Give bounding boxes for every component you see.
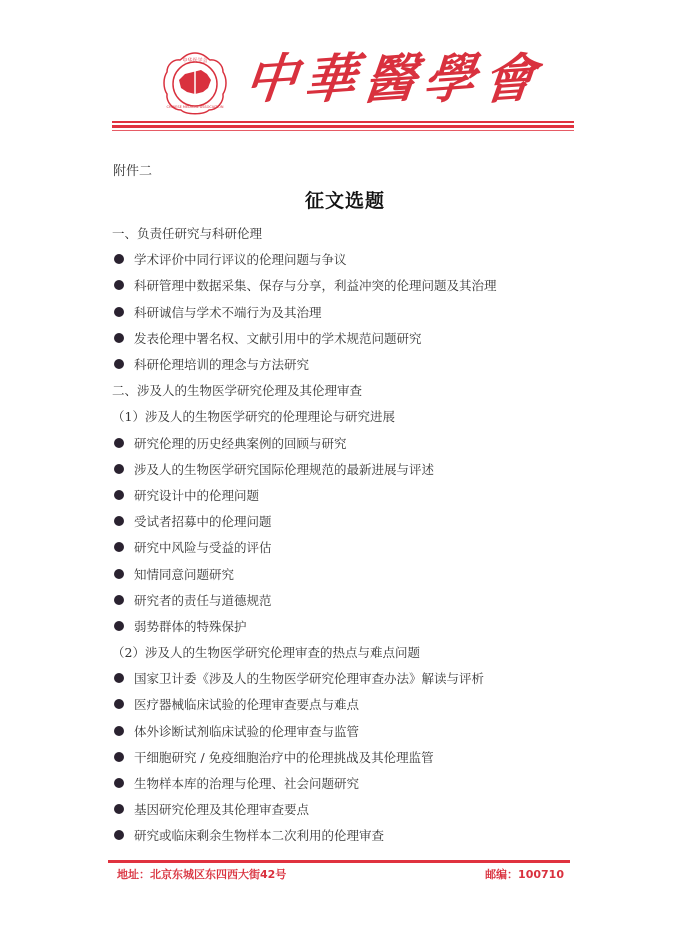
section-heading: 二、涉及人的生物医学研究伦理及其伦理审查 [112, 377, 582, 403]
line-text: 涉及人的生物医学研究国际伦理规范的最新进展与评述 [134, 460, 434, 478]
line-text: 一、负责任研究与科研伦理 [112, 224, 262, 242]
page-title: 征文选题 [0, 186, 680, 213]
line-text: 研究者的责任与道德规范 [134, 591, 272, 609]
bullet-icon [114, 804, 124, 814]
list-item: 科研管理中数据采集、保存与分享，利益冲突的伦理问题及其治理 [112, 272, 582, 298]
bullet-icon [114, 595, 124, 605]
list-item: 研究伦理的历史经典案例的回顾与研究 [112, 430, 582, 456]
org-char: 中 [242, 52, 300, 108]
list-item: 生物样本库的治理与伦理、社会问题研究 [112, 770, 582, 796]
line-text: 知情同意问题研究 [134, 565, 234, 583]
svg-text:CHINESE MEDICAL ASSOCIATION: CHINESE MEDICAL ASSOCIATION [166, 105, 223, 109]
line-text: 二、涉及人的生物医学研究伦理及其伦理审查 [112, 381, 362, 399]
header-divider [112, 125, 574, 128]
line-text: 弱势群体的特殊保护 [134, 617, 247, 635]
org-char: 華 [301, 52, 359, 108]
line-text: 发表伦理中署名权、文献引用中的学术规范问题研究 [134, 329, 422, 347]
line-text: 学术评价中同行评议的伦理问题与争议 [134, 250, 347, 268]
organization-name: 中 華 醫 學 會 [245, 44, 535, 116]
line-text: 体外诊断试剂临床试验的伦理审查与监管 [134, 722, 359, 740]
association-logo-icon: 中华医学会 CHINESE MEDICAL ASSOCIATION [161, 50, 229, 118]
letterhead: 中华医学会 CHINESE MEDICAL ASSOCIATION 中 華 醫 … [0, 0, 680, 140]
bullet-icon [114, 673, 124, 683]
list-item: 研究或临床剩余生物样本二次利用的伦理审查 [112, 822, 582, 848]
org-char: 學 [420, 52, 478, 108]
bullet-icon [114, 542, 124, 552]
line-text: 科研诚信与学术不端行为及其治理 [134, 303, 322, 321]
section-heading: 一、负责任研究与科研伦理 [112, 220, 582, 246]
list-item: 基因研究伦理及其伦理审查要点 [112, 796, 582, 822]
bullet-icon [114, 490, 124, 500]
line-text: 受试者招募中的伦理问题 [134, 512, 272, 530]
list-item: 研究中风险与受益的评估 [112, 534, 582, 560]
org-char: 醫 [361, 52, 419, 108]
line-text: 科研伦理培训的理念与方法研究 [134, 355, 309, 373]
header-divider [112, 130, 574, 131]
subsection-heading: （1）涉及人的生物医学研究的伦理理论与研究进展 [112, 403, 582, 429]
line-text: 干细胞研究 / 免疫细胞治疗中的伦理挑战及其伦理监管 [134, 748, 434, 766]
bullet-icon [114, 516, 124, 526]
bullet-icon [114, 830, 124, 840]
bullet-icon [114, 621, 124, 631]
line-text: （1）涉及人的生物医学研究的伦理理论与研究进展 [112, 407, 395, 425]
line-text: 研究中风险与受益的评估 [134, 538, 272, 556]
line-text: （2）涉及人的生物医学研究伦理审查的热点与难点问题 [112, 643, 420, 661]
list-item: 科研诚信与学术不端行为及其治理 [112, 299, 582, 325]
line-text: 国家卫计委《涉及人的生物医学研究伦理审查办法》解读与评析 [134, 669, 484, 687]
list-item: 学术评价中同行评议的伦理问题与争议 [112, 246, 582, 272]
bullet-icon [114, 254, 124, 264]
line-text: 研究伦理的历史经典案例的回顾与研究 [134, 434, 347, 452]
topic-list: 一、负责任研究与科研伦理学术评价中同行评议的伦理问题与争议科研管理中数据采集、保… [112, 220, 582, 849]
bullet-icon [114, 569, 124, 579]
list-item: 医疗器械临床试验的伦理审查要点与难点 [112, 691, 582, 717]
line-text: 医疗器械临床试验的伦理审查要点与难点 [134, 695, 359, 713]
bullet-icon [114, 752, 124, 762]
bullet-icon [114, 307, 124, 317]
list-item: 知情同意问题研究 [112, 560, 582, 586]
list-item: 发表伦理中署名权、文献引用中的学术规范问题研究 [112, 325, 582, 351]
attachment-label: 附件二 [113, 160, 152, 179]
list-item: 科研伦理培训的理念与方法研究 [112, 351, 582, 377]
subsection-heading: （2）涉及人的生物医学研究伦理审查的热点与难点问题 [112, 639, 582, 665]
line-text: 生物样本库的治理与伦理、社会问题研究 [134, 774, 359, 792]
footer-address: 地址：北京东城区东四西大街42号 [117, 866, 286, 882]
svg-text:中华医学会: 中华医学会 [182, 57, 207, 64]
bullet-icon [114, 699, 124, 709]
line-text: 研究或临床剩余生物样本二次利用的伦理审查 [134, 826, 384, 844]
list-item: 研究设计中的伦理问题 [112, 482, 582, 508]
bullet-icon [114, 778, 124, 788]
org-char: 會 [480, 52, 538, 108]
footer-postcode: 邮编：100710 [485, 866, 564, 882]
list-item: 弱势群体的特殊保护 [112, 613, 582, 639]
line-text: 基因研究伦理及其伦理审查要点 [134, 800, 309, 818]
list-item: 研究者的责任与道德规范 [112, 587, 582, 613]
bullet-icon [114, 333, 124, 343]
list-item: 体外诊断试剂临床试验的伦理审查与监管 [112, 718, 582, 744]
list-item: 涉及人的生物医学研究国际伦理规范的最新进展与评述 [112, 456, 582, 482]
bullet-icon [114, 359, 124, 369]
header-divider [112, 121, 574, 123]
bullet-icon [114, 438, 124, 448]
line-text: 科研管理中数据采集、保存与分享，利益冲突的伦理问题及其治理 [134, 276, 497, 294]
bullet-icon [114, 726, 124, 736]
line-text: 研究设计中的伦理问题 [134, 486, 259, 504]
footer-divider [108, 860, 570, 863]
list-item: 受试者招募中的伦理问题 [112, 508, 582, 534]
list-item: 干细胞研究 / 免疫细胞治疗中的伦理挑战及其伦理监管 [112, 744, 582, 770]
bullet-icon [114, 464, 124, 474]
list-item: 国家卫计委《涉及人的生物医学研究伦理审查办法》解读与评析 [112, 665, 582, 691]
bullet-icon [114, 280, 124, 290]
